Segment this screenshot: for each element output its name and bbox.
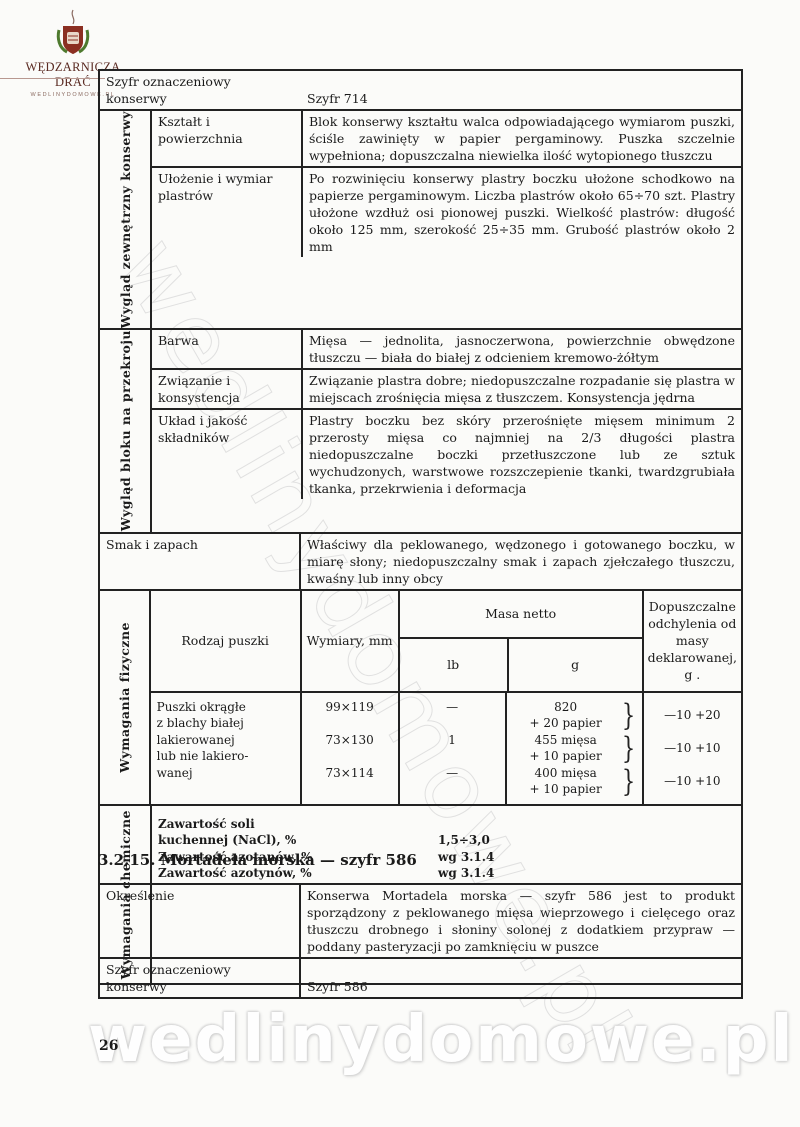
chem-value: wg 3.1.4 [438,849,494,866]
header-wymiary: Wymiary, mm [302,591,400,691]
dop-value: —10 +10 [649,765,736,798]
row-label: Ułożenie i wymiar plastrów [152,168,303,257]
szyfr-label: Szyfr oznaczeniowy konserwy [100,71,301,109]
chem-value: 1,5÷3,0 [438,832,494,849]
rodzaj-text: lub nie lakiero- [157,748,295,765]
table-row-szyfr: Szyfr oznaczeniowy konserwy Szyfr 714 [100,71,741,109]
brace-icon: } [621,732,634,765]
brace-icon: } [621,765,634,798]
row-label: Kształt i powierzchnia [152,111,303,166]
g-value: + 10 papier [512,748,620,765]
row-value: Mięsa — jednolita, jasnoczerwona, powier… [303,330,741,368]
rodzaj-text: Puszki okrągłe [157,699,295,716]
g-value: 820 [512,699,620,716]
brace-icon: } [621,699,634,732]
row-label: Związanie i konsystencja [152,370,303,408]
lb-value: 1 [405,732,500,749]
table-row-smak: Smak i zapach Właściwy dla peklowanego, … [100,532,741,589]
chem-value: wg 3.1.4 [438,865,494,882]
rodzaj-text: lakierowanej [157,732,295,749]
row-label: Określenie [100,885,301,957]
row-label: Szyfr oznaczeniowy konserwy [100,959,301,997]
physical-table-body: Puszki okrągłe z blachy białej lakierowa… [151,691,741,804]
chem-label: Zawartość soli kuchennej (NaCl), % [158,816,328,849]
spec-table-szyfr-714: Szyfr oznaczeniowy konserwy Szyfr 714 Wy… [98,69,743,985]
dop-value: —10 +10 [649,732,736,765]
lb-value: — [405,765,500,782]
row-label: Barwa [152,330,303,368]
header-masa-netto: Masa netto [400,591,642,639]
dop-value: —10 +20 [649,699,736,732]
header-lb: lb [400,639,509,691]
logo-divider [0,78,105,79]
wymiary-value: 73×114 [307,765,393,782]
header-rodzaj: Rodzaj puszki [151,591,302,691]
g-value: 455 mięsa [512,732,620,749]
row-value: Właściwy dla peklowanego, wędzonego i go… [301,534,741,589]
group-label: Wymagania fizyczne [117,622,132,773]
lb-value: — [405,699,500,716]
rodzaj-text: z blachy białej [157,715,295,732]
row-value: Konserwa Mortadela morska — szyfr 586 je… [301,885,741,957]
table-row: Związanie i konsystencja Związanie plast… [152,368,741,408]
row-value: Plastry boczku bez skóry przerośnięte mi… [303,410,741,499]
table-row: Szyfr oznaczeniowy konserwy Szyfr 586 [100,957,741,997]
rodzaj-text: wanej [157,765,295,782]
physical-table-header: Rodzaj puszki Wymiary, mm Masa netto lb … [151,591,741,691]
header-g: g [509,639,642,691]
wymiary-value: 99×119 [307,699,393,716]
row-value: Związanie plastra dobre; niedopuszczalne… [303,370,741,408]
row-value: Po rozwinięciu konserwy plastry boczku u… [303,168,741,257]
table-row: Określenie Konserwa Mortadela morska — s… [100,885,741,957]
row-value: Blok konserwy kształtu walca odpowiadają… [303,111,741,166]
szyfr-value: Szyfr 714 [301,71,741,109]
table-row: Ułożenie i wymiar plastrów Po rozwinięci… [152,166,741,257]
table-row: Układ i jakość składników Plastry boczku… [152,408,741,499]
group-wyglad-zewnetrzny: Wygląd zewnętrzny konserwy Kształt i pow… [100,109,741,328]
page-number: 26 [99,1038,118,1054]
group-label: Wygląd bloku na przekroju [118,330,133,531]
smokehouse-emblem-icon [53,8,93,58]
group-wyglad-bloku: Wygląd bloku na przekroju Barwa Mięsa — … [100,328,741,531]
table-row: Barwa Mięsa — jednolita, jasnoczerwona, … [152,330,741,368]
g-value: + 10 papier [512,781,620,798]
row-value: Szyfr 586 [301,959,741,997]
bottom-watermark: wedlinydomowe.pl [88,1003,795,1077]
g-value: + 20 papier [512,715,620,732]
spec-table-mortadela: Określenie Konserwa Mortadela morska — s… [98,883,743,999]
g-value: 400 mięsa [512,765,620,782]
table-row: Kształt i powierzchnia Blok konserwy ksz… [152,111,741,166]
group-wymagania-fizyczne: Wymagania fizyczne Rodzaj puszki Wymiary… [100,589,741,804]
header-dopuszczalne: Dopuszczalne odchylenia od masy deklarow… [644,591,741,691]
row-label: Smak i zapach [100,534,301,589]
group-label: Wygląd zewnętrzny konserwy [118,111,133,328]
row-label: Układ i jakość składników [152,410,303,499]
section-heading: 3.2.15. Mortadela morska — szyfr 586 [98,851,417,869]
wymiary-value: 73×130 [307,732,393,749]
